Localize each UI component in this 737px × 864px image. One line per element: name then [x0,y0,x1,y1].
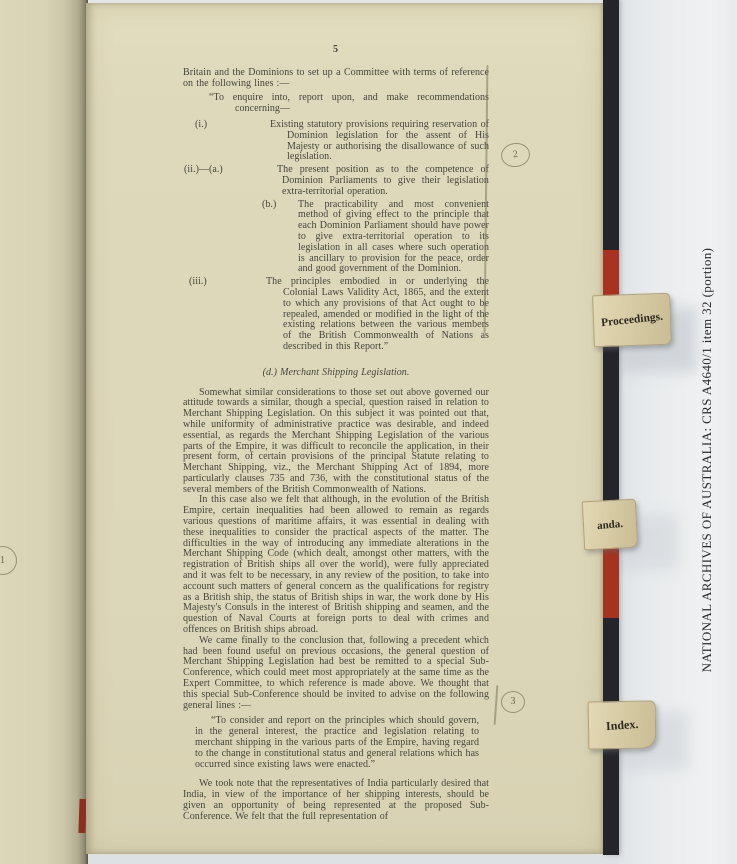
archive-reference-caption: NATIONAL ARCHIVES OF AUSTRALIA: CRS A464… [698,142,716,778]
tab-label: anda. [597,517,624,531]
paragraph-somewhat-similar: Somewhat similar considerations to those… [183,388,489,496]
list-item-text: Existing statutory provisions requiring … [270,119,489,162]
pencil-circled-number-3: 3 [501,691,525,713]
list-item-b: (b.)The practicability and most convenie… [183,200,489,276]
list-marker: (iii.) [236,277,266,288]
document-page: 5 Britain and the Dominions to set up a … [86,3,603,854]
paragraph-in-this-case: In this case also we felt that although,… [183,495,489,635]
facing-page: 1 [0,0,88,864]
list-item-text: The present position as to the competenc… [277,164,489,197]
paragraph-we-took-note: We took note that the representatives of… [183,779,489,822]
pencil-margin-stroke [494,685,498,725]
list-item-ii-a: (ii.)—(a.)The present position as to the… [183,165,489,197]
list-item-text: The practicability and most convenient m… [298,199,489,275]
tab-memoranda-partial: anda. [582,499,638,551]
pencil-circled-number-1: 1 [0,546,17,575]
list-item-text: The principles embodied in or underlying… [266,276,489,352]
quote-sub-conference-lines: “To consider and report on the principle… [183,716,479,770]
section-heading-merchant-shipping: (d.) Merchant Shipping Legislation. [183,368,489,379]
list-marker: (i.) [241,120,270,131]
page-text-column: 5 Britain and the Dominions to set up a … [183,45,489,823]
list-marker: (b.) [280,200,298,211]
tab-index: Index. [588,700,657,749]
tab-label: Index. [605,716,638,733]
tab-label: Proceedings. [600,311,663,329]
paragraph-we-came-finally: We came finally to the conclusion that, … [183,636,489,712]
page-number: 5 [183,45,489,56]
list-item-i: (i.)Existing statutory provisions requir… [183,120,489,163]
pencil-number: 3 [511,697,516,707]
list-item-iii: (iii.)The principles embodied in or unde… [183,277,489,353]
list-marker: (ii.)—(a.) [233,165,277,176]
paragraph-continuation: Britain and the Dominions to set up a Co… [183,68,489,90]
quote-terms-of-reference: “To enquire into, report upon, and make … [183,93,489,115]
tab-proceedings: Proceedings. [592,293,672,348]
scanned-book-photo: 1 5 Britain and the Dominions to set up … [0,0,737,864]
pencil-number: 2 [512,150,518,161]
pencil-number: 1 [0,556,5,566]
pencil-circled-number-2: 2 [499,141,531,169]
